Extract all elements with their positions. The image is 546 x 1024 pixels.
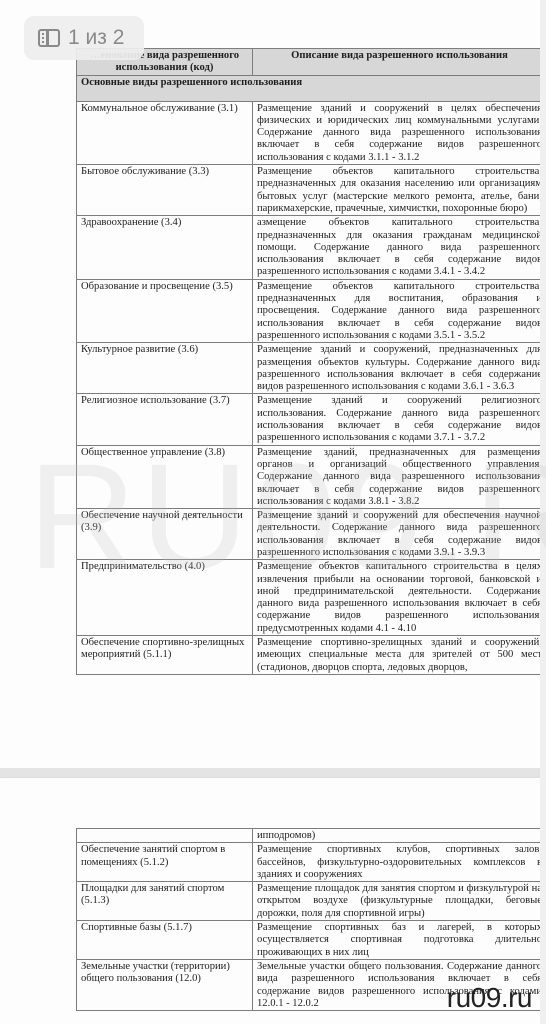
use-name-cell: Обеспечение научной деятельности (3.9)	[77, 509, 253, 560]
use-description-cell: Размещение зданий и сооружений, предназн…	[253, 343, 541, 394]
use-description-cell: азмещение объектов капитального строител…	[253, 216, 541, 279]
table-row: Религиозное использование (3.7)Размещени…	[77, 394, 541, 445]
watermark-site: ru09.ru	[447, 982, 532, 1014]
use-description-cell: Размещение зданий, предназначенных для р…	[253, 445, 541, 508]
use-description-cell: Размещение спортивно-зрелищных зданий и …	[253, 636, 541, 675]
use-description-cell: ипподромов)	[253, 829, 541, 843]
use-description-cell: Размещение площадок для занятия спортом …	[253, 882, 541, 921]
table-row: Образование и просвещение (3.5)Размещени…	[77, 279, 541, 342]
use-name-cell: Коммунальное обслуживание (3.1)	[77, 101, 253, 164]
table-row: Общественное управление (3.8)Размещение …	[77, 445, 541, 508]
use-description-cell: Размещение объектов капитального строите…	[253, 165, 541, 216]
use-name-cell: Предпринимательство (4.0)	[77, 560, 253, 636]
use-description-cell: Размещение объектов капитального строите…	[253, 279, 541, 342]
table-row: ипподромов)	[77, 829, 541, 843]
use-description-cell: Размещение зданий и сооружений в целях о…	[253, 101, 541, 164]
table-header-row: …енование вида разрешенного использовани…	[77, 49, 541, 76]
use-name-cell	[77, 829, 253, 843]
use-description-cell: Размещение спортивных клубов, спортивных…	[253, 843, 541, 882]
use-name-cell: Обеспечение занятий спортом в помещениях…	[77, 843, 253, 882]
use-name-cell: Общественное управление (3.8)	[77, 445, 253, 508]
table-row: Площадки для занятий спортом (5.1.3)Разм…	[77, 882, 541, 921]
page-count-label: 1 из 2	[68, 26, 124, 50]
table-row: Бытовое обслуживание (3.3)Размещение объ…	[77, 165, 541, 216]
scrollbar-track[interactable]	[540, 0, 546, 1024]
table-row: Обеспечение занятий спортом в помещениях…	[77, 843, 541, 882]
use-description-cell: Размещение зданий и сооружений для обесп…	[253, 509, 541, 560]
table-row: Предпринимательство (4.0)Размещение объе…	[77, 560, 541, 636]
section-header-row: Основные виды разрешенного использования	[77, 75, 541, 101]
use-description-cell: Размещение спортивных баз и лагерей, в к…	[253, 921, 541, 960]
table-row: Спортивные базы (5.1.7)Размещение спорти…	[77, 921, 541, 960]
table-row: Коммунальное обслуживание (3.1)Размещени…	[77, 101, 541, 164]
use-description-cell: Размещение зданий и сооружений религиозн…	[253, 394, 541, 445]
use-name-cell: Образование и просвещение (3.5)	[77, 279, 253, 342]
document-page-1: …енование вида разрешенного использовани…	[0, 0, 540, 768]
use-name-cell: Земельные участки (территории) общего по…	[77, 959, 253, 1010]
table-row: Здравоохранение (3.4)азмещение объектов …	[77, 216, 541, 279]
use-description-cell: Размещение объектов капитального строите…	[253, 560, 541, 636]
page-separator	[0, 768, 546, 778]
table-row: Обеспечение научной деятельности (3.9)Ра…	[77, 509, 541, 560]
use-name-cell: Здравоохранение (3.4)	[77, 216, 253, 279]
use-name-cell: Спортивные базы (5.1.7)	[77, 921, 253, 960]
table-row: Культурное развитие (3.6)Размещение здан…	[77, 343, 541, 394]
use-name-cell: Религиозное использование (3.7)	[77, 394, 253, 445]
page-indicator[interactable]: 1 из 2	[24, 16, 144, 60]
header-description-column: Описание вида разрешенного использования	[253, 49, 541, 76]
use-name-cell: Бытовое обслуживание (3.3)	[77, 165, 253, 216]
use-name-cell: Площадки для занятий спортом (5.1.3)	[77, 882, 253, 921]
section-title: Основные виды разрешенного использования	[77, 75, 541, 101]
table-row: Обеспечение спортивно-зрелищных мероприя…	[77, 636, 541, 675]
use-name-cell: Обеспечение спортивно-зрелищных мероприя…	[77, 636, 253, 675]
sidebar-icon[interactable]	[38, 29, 60, 47]
use-name-cell: Культурное развитие (3.6)	[77, 343, 253, 394]
permitted-use-table: …енование вида разрешенного использовани…	[76, 48, 540, 675]
